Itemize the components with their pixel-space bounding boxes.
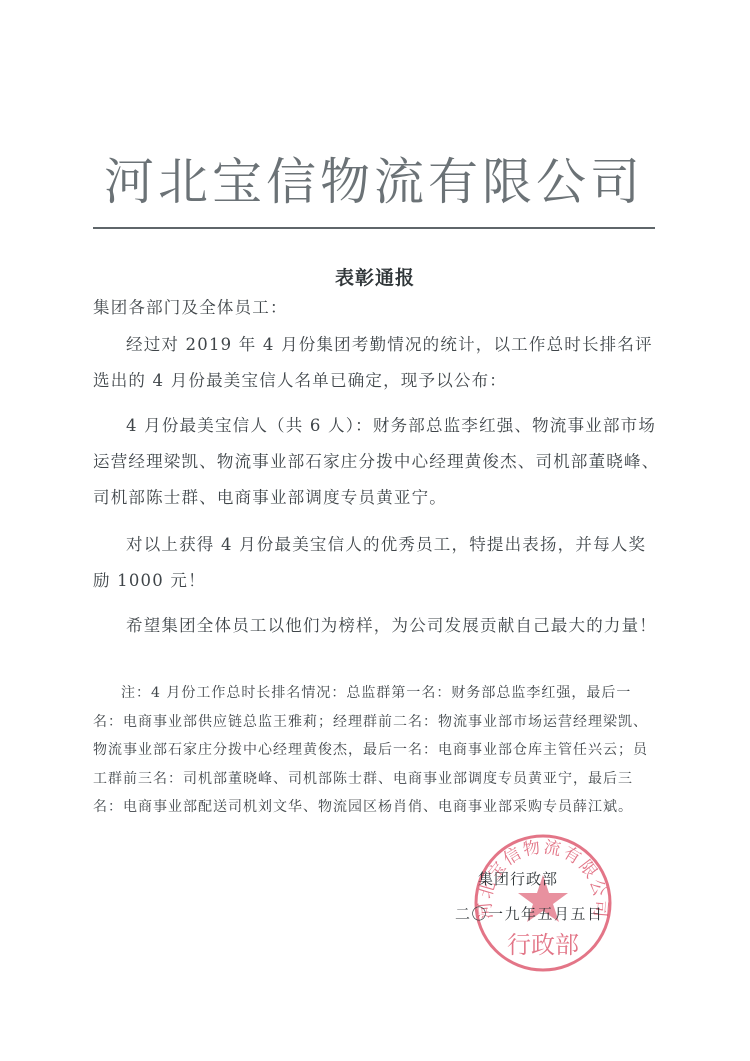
salutation: 集团各部门及全体员工： (93, 290, 663, 326)
seal-bottom-text: 行政部 (507, 931, 579, 959)
document-title: 表彰通报 (0, 263, 750, 290)
issue-date: 二〇一九年五月五日 (455, 903, 604, 924)
paragraph-intro: 经过对 2019 年 4 月份集团考勤情况的统计，以工作总时长排名评选出的 4 … (93, 327, 663, 399)
issuing-department: 集团行政部 (478, 868, 558, 889)
paragraph-honorees: 4 月份最美宝信人（共 6 人）：财务部总监李红强、物流事业部市场运营经理梁凯、… (93, 408, 663, 516)
document-page: 河北宝信物流有限公司 表彰通报 集团各部门及全体员工： 经过对 2019 年 4… (0, 0, 750, 1061)
letterhead-company-name: 河北宝信物流有限公司 (93, 142, 655, 222)
ranking-note: 注：4 月份工作总时长排名情况：总监群第一名：财务部总监李红强，最后一名：电商事… (93, 679, 658, 822)
paragraph-encouragement: 希望集团全体员工以他们为榜样，为公司发展贡献自己最大的力量！ (93, 608, 663, 644)
paragraph-reward: 对以上获得 4 月份最美宝信人的优秀员工，特提出表扬，并每人奖励 1000 元！ (93, 527, 663, 599)
letterhead-divider (93, 227, 655, 229)
